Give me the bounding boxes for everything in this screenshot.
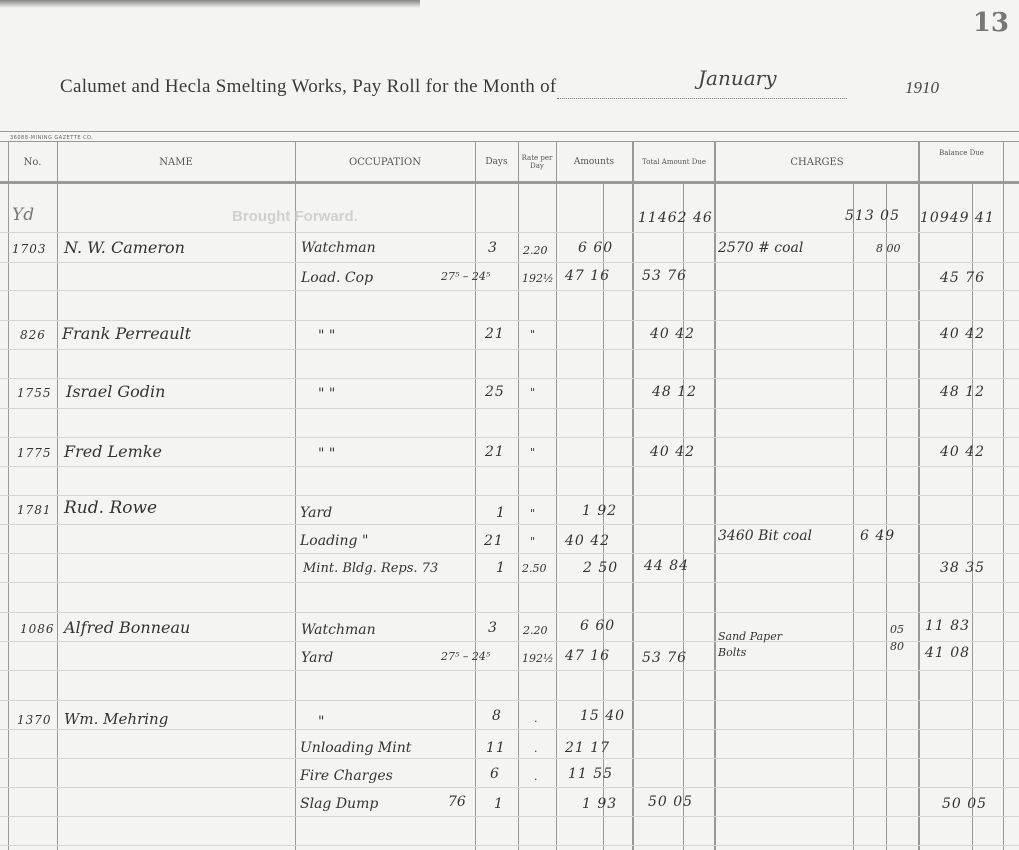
ruling — [0, 320, 1019, 321]
ruling — [0, 349, 1019, 350]
charge-amt: 05 — [890, 623, 904, 636]
rate: " — [530, 328, 535, 341]
col-header-rate: Rate per Day — [518, 143, 556, 181]
amount: 11 55 — [568, 766, 613, 782]
balance: 48 12 — [940, 384, 985, 400]
days: 3 — [488, 620, 498, 636]
days: 6 — [490, 766, 500, 782]
amount: 15 40 — [580, 708, 625, 724]
total: 40 42 — [650, 444, 695, 460]
entry-no: 826 — [20, 328, 46, 342]
occupation: " " — [318, 386, 335, 402]
days: 21 — [485, 326, 505, 342]
total: 40 42 — [650, 326, 695, 342]
amount: 6 60 — [580, 618, 615, 634]
rate: . — [534, 742, 538, 755]
entry-no: 1703 — [12, 242, 47, 256]
rate: 192½ — [522, 652, 554, 665]
occupation: Yard — [300, 505, 332, 521]
entry-name: Frank Perreault — [62, 324, 191, 343]
balance: 45 76 — [940, 270, 985, 286]
header-top-rule — [0, 131, 1019, 132]
month-handwritten: January — [698, 66, 908, 98]
entry-no: 1755 — [17, 386, 52, 400]
occupation: " " — [318, 446, 335, 462]
amount: 1 92 — [582, 503, 617, 519]
entry-name: Fred Lemke — [64, 442, 162, 461]
amount: 47 16 — [565, 648, 610, 664]
charge-desc: Bolts — [718, 646, 746, 659]
entry-name: Alfred Bonneau — [64, 618, 190, 637]
col-header-total: Total Amount Due — [634, 143, 714, 181]
amount: 1 93 — [582, 796, 617, 812]
amount: 2 50 — [583, 560, 618, 576]
col-header-charges: CHARGES — [716, 143, 918, 181]
col-header-no: No. — [8, 143, 57, 181]
amount: 40 42 — [565, 533, 610, 549]
ruling — [0, 582, 1019, 583]
charge-desc: 3460 Bit coal — [718, 528, 812, 544]
ruling — [0, 758, 1019, 759]
occupation: " — [318, 714, 324, 730]
occupation: Fire Charges — [300, 768, 393, 784]
days: 1 — [496, 560, 506, 576]
header-bottom-rule — [0, 181, 1019, 184]
days: 11 — [486, 740, 506, 756]
col-line — [853, 181, 854, 850]
total: 53 76 — [642, 650, 687, 666]
occupation: Yard — [301, 650, 333, 666]
days: 21 — [485, 444, 505, 460]
days: 3 — [488, 240, 498, 256]
col-header-amounts: Amounts — [556, 143, 632, 181]
total: 50 05 — [648, 794, 693, 810]
balance: 11 83 — [925, 618, 970, 634]
bf-charges: 513 05 — [845, 208, 900, 224]
bf-total: 11462 46 — [638, 210, 713, 226]
amount: 47 16 — [565, 268, 610, 284]
brought-forward-label: Brought Forward. — [232, 208, 358, 225]
rate: " — [530, 535, 535, 548]
ruling — [0, 729, 1019, 730]
ruling — [0, 612, 1019, 613]
charge-desc: 2570 # coal — [718, 240, 803, 256]
col-header-days: Days — [475, 143, 518, 181]
entry-no: 1775 — [17, 446, 52, 460]
entry-name: Israel Godin — [66, 382, 165, 401]
yard-marker: Yd — [12, 205, 34, 225]
ruling — [0, 845, 1019, 846]
balance: 50 05 — [942, 796, 987, 812]
days: 25 — [485, 384, 505, 400]
entry-no: 1781 — [17, 503, 52, 517]
ruling — [0, 437, 1019, 438]
occupation: Watchman — [301, 240, 376, 256]
ruling — [0, 700, 1019, 701]
title-text: Calumet and Hecla Smelting Works, Pay Ro… — [60, 76, 557, 97]
occupation: Watchman — [301, 622, 376, 638]
ruling — [0, 262, 1019, 263]
charge-amt: 80 — [890, 640, 904, 653]
rate: 2.20 — [523, 624, 548, 637]
page-edge-shadow — [0, 0, 420, 8]
occupation: Loading " — [300, 533, 368, 549]
ruling — [0, 408, 1019, 409]
col-header-name: NAME — [57, 143, 295, 181]
entry-no: 1086 — [20, 622, 55, 636]
days-note: 27⁵ – 24⁵ — [441, 270, 490, 283]
ruling — [0, 466, 1019, 467]
ruling — [0, 232, 1019, 233]
rate: " — [530, 446, 535, 459]
ruling — [0, 378, 1019, 379]
ruling — [0, 816, 1019, 817]
days: 21 — [484, 533, 504, 549]
rate: 2.20 — [523, 244, 548, 257]
entry-name: Wm. Mehring — [64, 710, 168, 728]
rate: 2.50 — [522, 562, 547, 575]
entry-name: N. W. Cameron — [64, 238, 185, 257]
days-note: 76 — [448, 794, 466, 810]
ruling — [0, 524, 1019, 525]
rate: " — [530, 507, 535, 520]
total: 48 12 — [652, 384, 697, 400]
total: 44 84 — [644, 558, 689, 574]
occupation: Slag Dump — [300, 796, 378, 812]
col-header-balance: Balance Due — [920, 143, 1003, 181]
charge-amt: 8 00 — [876, 242, 901, 255]
amount: 6 60 — [578, 240, 613, 256]
balance: 38 35 — [940, 560, 985, 576]
rate: . — [534, 712, 538, 725]
occupation: Load. Cop — [301, 270, 373, 286]
balance: 40 42 — [940, 326, 985, 342]
occupation: Unloading Mint — [300, 740, 411, 756]
rate: . — [534, 770, 538, 783]
ruling — [0, 553, 1019, 554]
entry-name: Rud. Rowe — [64, 498, 157, 518]
col-header-occupation: OCCUPATION — [295, 143, 475, 181]
balance: 41 08 — [925, 645, 970, 661]
days: 8 — [492, 708, 502, 724]
occupation: Mint. Bldg. Reps. 73 — [303, 561, 438, 576]
entry-no: 1370 — [17, 713, 52, 727]
days: 1 — [496, 505, 506, 521]
ruling — [0, 787, 1019, 788]
rate: 192½ — [522, 272, 554, 285]
header-rule — [0, 141, 1019, 142]
charge-amt: 6 49 — [860, 528, 895, 544]
days: 1 — [494, 796, 504, 812]
ruling — [0, 670, 1019, 671]
days-note: 27⁵ – 24⁵ — [441, 650, 490, 663]
balance: 40 42 — [940, 444, 985, 460]
charge-desc: Sand Paper — [718, 630, 782, 643]
amount: 21 17 — [565, 740, 610, 756]
ruling — [0, 495, 1019, 496]
page-number: 13 — [973, 8, 1009, 38]
ruling — [0, 290, 1019, 291]
year-handwritten: 1910 — [905, 78, 939, 98]
occupation: " " — [318, 328, 335, 344]
total: 53 76 — [642, 268, 687, 284]
rate: " — [530, 386, 535, 399]
col-line — [886, 181, 887, 850]
ruling — [0, 641, 1019, 642]
bf-balance: 10949 41 — [920, 210, 995, 226]
